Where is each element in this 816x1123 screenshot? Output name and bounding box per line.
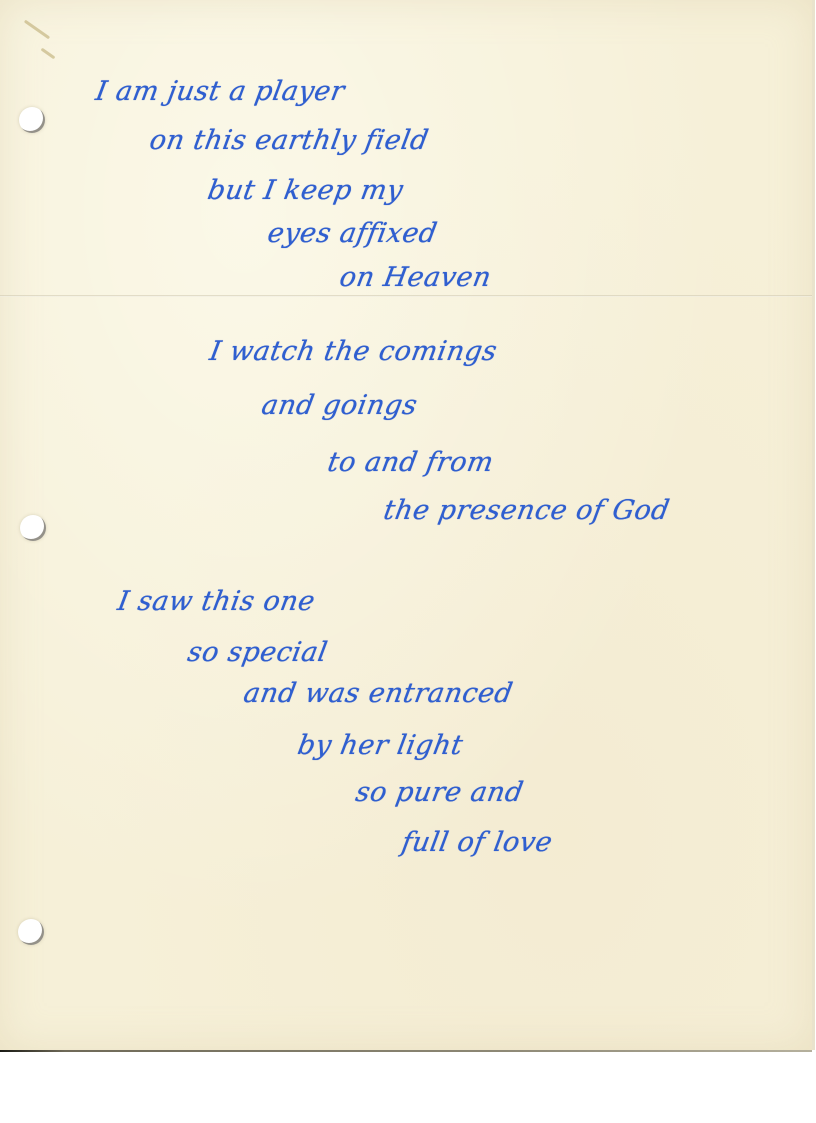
- poem-line: so special: [185, 637, 330, 668]
- poem-line: the presence of God: [381, 495, 672, 526]
- poem-line: on Heaven: [337, 262, 493, 293]
- poem-line: and was entranced: [241, 678, 515, 709]
- punch-hole-bottom: [18, 919, 44, 945]
- poem-line: full of love: [399, 827, 555, 858]
- paper-bottom-edge: [0, 1050, 812, 1052]
- poem-line: but I keep my: [205, 175, 405, 206]
- punch-hole-top: [19, 107, 45, 133]
- poem-line: so pure and: [353, 777, 526, 808]
- punch-hole-middle: [20, 515, 46, 541]
- poem-line: to and from: [325, 447, 496, 478]
- poem-line: and goings: [259, 390, 420, 421]
- poem-line: by her light: [295, 730, 465, 761]
- poem-line: eyes affixed: [265, 218, 439, 249]
- poem-line: I saw this one: [115, 586, 317, 617]
- poem-line: on this earthly field: [147, 125, 431, 156]
- poem-line: I watch the comings: [207, 336, 499, 367]
- paper-sheet: I am just a player on this earthly field…: [0, 0, 815, 1050]
- poem-line: I am just a player: [93, 76, 347, 107]
- paper-crease: [24, 20, 50, 40]
- fold-line: [0, 295, 812, 297]
- paper-crease: [41, 48, 56, 60]
